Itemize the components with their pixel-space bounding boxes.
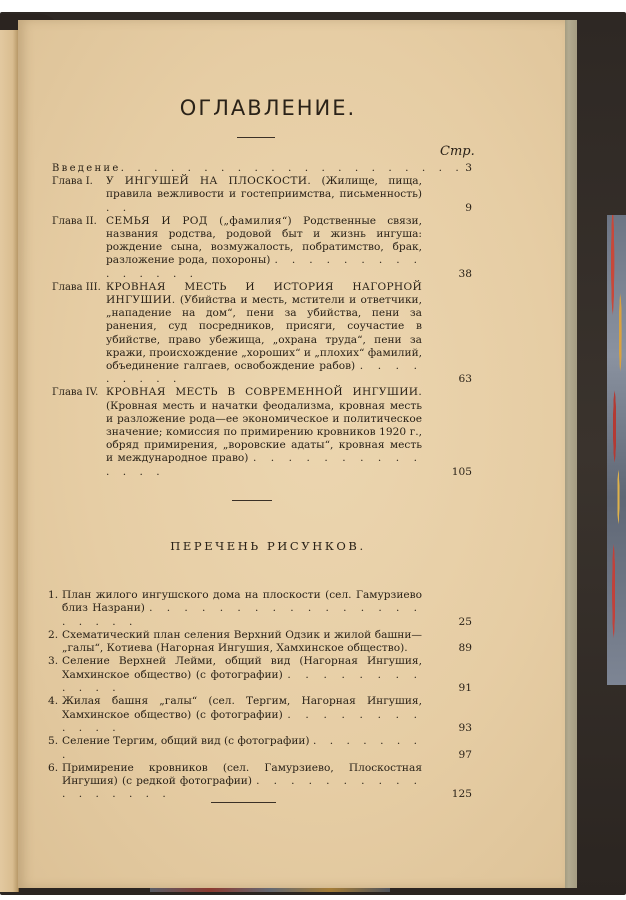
toc-entry-chapter-2[interactable]: Глава II. СЕМЬЯ И РОД („фамилия“) Родств… [52, 215, 472, 281]
page-number: 125 [432, 788, 472, 801]
figure-number: 1. [48, 589, 62, 629]
figure-entry[interactable]: 5. Селение Тергим, общий вид (с фотограф… [48, 735, 472, 762]
chapter-number: I. [86, 176, 93, 187]
toc-title: ОГЛАВЛЕНИЕ. [18, 96, 518, 120]
figure-entry[interactable]: 2. Схематический план селения Верхний Од… [48, 629, 472, 656]
chapter-label: Глава III. [52, 281, 106, 387]
marbled-endpaper [607, 215, 626, 685]
divider-rule [211, 802, 276, 803]
page-edges [563, 20, 577, 888]
introduction-label: Введение [52, 162, 121, 175]
dot-leader: . . . . . . . . . . . . . . . . . . . . … [121, 162, 472, 175]
figures-title: ПЕРЕЧЕНЬ РИСУНКОВ. [18, 539, 518, 553]
chapter-label: Глава II. [52, 215, 106, 281]
chapter-heading: У ИНГУШЕЙ НА ПЛОСКОСТИ. [106, 175, 311, 187]
toc-entry-chapter-1[interactable]: Глава I. У ИНГУШЕЙ НА ПЛОСКОСТИ. (Жилище… [52, 175, 472, 215]
figure-text: Селение Тергим, общий вид (с фотографии)… [62, 735, 472, 762]
figure-number: 4. [48, 695, 62, 735]
chapter-word: Глава [52, 282, 83, 293]
figure-entry[interactable]: 1. План жилого ингушского дома на плоско… [48, 589, 472, 629]
chapter-number: II. [86, 216, 97, 227]
figure-text: Селение Верхней Лейми, общий вид (Нагорн… [62, 655, 472, 695]
page-number: 93 [432, 722, 472, 735]
page-number: 9 [432, 202, 472, 215]
page-number: 63 [432, 373, 472, 386]
page-number: 25 [432, 616, 472, 629]
figure-text: Примирение кровников (сел. Гамурзиево, П… [62, 762, 472, 802]
toc-entry-chapter-4[interactable]: Глава IV. КРОВНАЯ МЕСТЬ В СОВРЕМЕННОЙ ИН… [52, 386, 472, 478]
figure-text: Жилая башня „галы“ (сел. Тергим, Нагорна… [62, 695, 472, 735]
toc-entry-introduction[interactable]: Введение . . . . . . . . . . . . . . . .… [52, 162, 472, 175]
page-number: 97 [432, 749, 472, 762]
page-number: 3 [432, 162, 472, 175]
page-number: 91 [432, 682, 472, 695]
chapter-text: У ИНГУШЕЙ НА ПЛОСКОСТИ. (Жилище, пища, п… [106, 175, 472, 215]
page-number: 89 [432, 642, 472, 655]
chapter-word: Глава [52, 216, 83, 227]
chapter-number: III. [86, 282, 101, 293]
page-column-label: Стр. [440, 144, 475, 159]
figure-number: 5. [48, 735, 62, 762]
chapter-text: КРОВНАЯ МЕСТЬ И ИСТОРИЯ НАГОРНОЙ ИНГУШИИ… [106, 281, 472, 387]
dot-leader: . . [106, 202, 131, 214]
figure-entry[interactable]: 4. Жилая башня „галы“ (сел. Тергим, Наго… [48, 695, 472, 735]
chapter-heading: СЕМЬЯ И РОД („фамилия“) [106, 215, 292, 227]
chapter-label: Глава IV. [52, 386, 106, 478]
divider-rule [232, 500, 272, 501]
figure-text: План жилого ингушского дома на плоскости… [62, 589, 472, 629]
figure-caption: Схематический план селения Верхний Одзик… [62, 629, 422, 654]
page-number: 105 [432, 466, 472, 479]
book-page: ОГЛАВЛЕНИЕ. Стр. Введение . . . . . . . … [18, 20, 565, 888]
chapter-heading: КРОВНАЯ МЕСТЬ В СОВРЕМЕННОЙ ИНГУШИИ. [106, 386, 422, 398]
chapter-number: IV. [86, 387, 99, 398]
table-of-contents: Введение . . . . . . . . . . . . . . . .… [52, 162, 472, 479]
page-number: 38 [432, 268, 472, 281]
figure-caption: Селение Тергим, общий вид (с фотографии) [62, 735, 310, 747]
chapter-text: СЕМЬЯ И РОД („фамилия“) Родственные связ… [106, 215, 472, 281]
toc-entry-chapter-3[interactable]: Глава III. КРОВНАЯ МЕСТЬ И ИСТОРИЯ НАГОР… [52, 281, 472, 387]
figure-entry[interactable]: 3. Селение Верхней Лейми, общий вид (Наг… [48, 655, 472, 695]
figure-entry[interactable]: 6. Примирение кровников (сел. Гамурзиево… [48, 762, 472, 802]
figure-number: 6. [48, 762, 62, 802]
chapter-word: Глава [52, 176, 83, 187]
figure-number: 3. [48, 655, 62, 695]
list-of-figures: 1. План жилого ингушского дома на плоско… [48, 589, 472, 802]
chapter-text: КРОВНАЯ МЕСТЬ В СОВРЕМЕННОЙ ИНГУШИИ. (Кр… [106, 386, 472, 478]
left-page-edge [0, 30, 19, 892]
figure-number: 2. [48, 629, 62, 656]
chapter-word: Глава [52, 387, 83, 398]
chapter-label: Глава I. [52, 175, 106, 215]
divider-rule [237, 137, 275, 138]
figure-text: Схематический план селения Верхний Одзик… [62, 629, 472, 656]
